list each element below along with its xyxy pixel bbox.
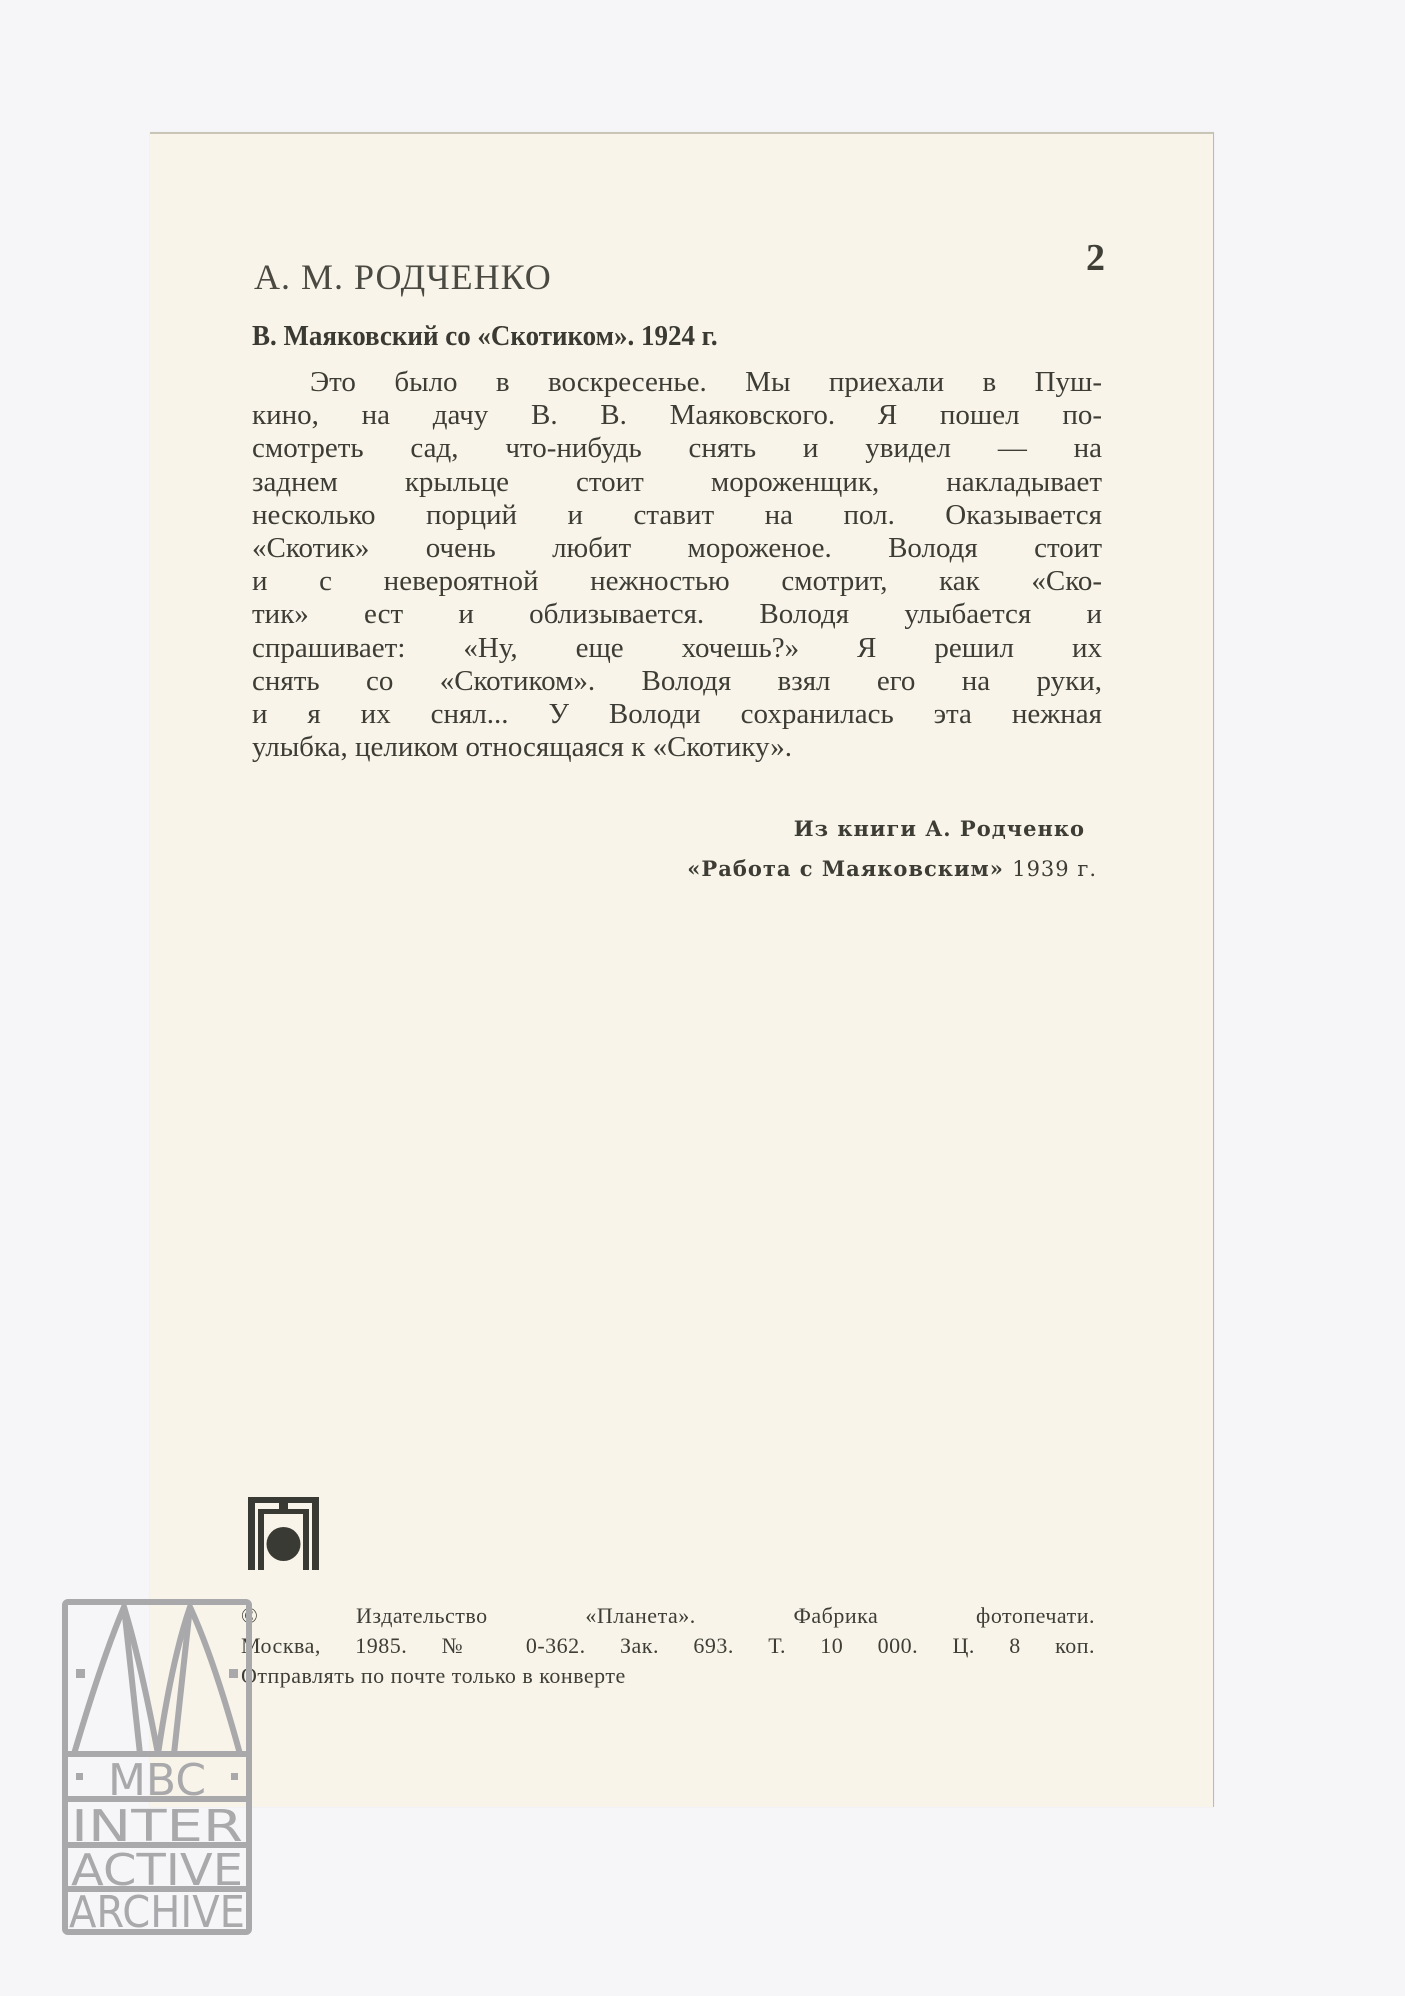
body-line: несколько порций и ставит на пол. Оказыв…: [252, 499, 1102, 532]
body-line: снять со «Скотиком». Володя взял его на …: [252, 665, 1102, 698]
body-line: «Скотик» очень любит мороженое. Володя с…: [252, 532, 1102, 565]
mbc-archive-watermark-icon: MBC INTER ACTIVE ARCHIVE: [62, 1599, 252, 1935]
planeta-logo-icon: [245, 1495, 322, 1572]
body-line: кино, на дачу В. В. Маяковского. Я пошел…: [252, 399, 1102, 432]
body-line: заднем крыльце стоит мороженщик, наклады…: [252, 466, 1102, 499]
body-line: и с невероятной нежностью смотрит, как «…: [252, 565, 1102, 598]
attribution-source: Из книги А. Родченко: [794, 816, 1085, 841]
author-name: А. М. РОДЧЕНКО: [254, 256, 552, 298]
body-line: и я их снял... У Володи сохранилась эта …: [252, 698, 1102, 731]
watermark-line: MBC: [108, 1755, 206, 1806]
postcard-back: А. М. РОДЧЕНКО 2 В. Маяковский со «Скоти…: [150, 132, 1214, 1807]
body-text: Это было в воскресенье. Мы приехали в Пу…: [252, 366, 1102, 764]
publisher-imprint: © Издательство «Планета». Фабрика фотопе…: [241, 1601, 1095, 1691]
watermark-line: ARCHIVE: [69, 1887, 245, 1935]
body-line: смотреть сад, что-нибудь снять и увидел …: [252, 432, 1102, 465]
attribution-year: 1939 г.: [1012, 857, 1097, 881]
attribution-book-title: «Работа с Маяковским»: [687, 856, 1004, 881]
photo-title: В. Маяковский со «Скотиком». 1924 г.: [252, 320, 718, 353]
body-line: Это было в воскресенье. Мы приехали в Пу…: [252, 366, 1102, 399]
body-line: спрашивает: «Ну, еще хочешь?» Я решил их: [252, 632, 1102, 665]
attribution-book: «Работа с Маяковским» 1939 г.: [687, 856, 1097, 881]
page-number: 2: [1086, 236, 1105, 280]
imprint-line: Отправлять по почте только в конверте: [241, 1661, 1095, 1691]
imprint-line: Москва, 1985. № 0-362. Зак. 693. Т. 10 0…: [241, 1631, 1095, 1661]
imprint-line: © Издательство «Планета». Фабрика фотопе…: [241, 1601, 1095, 1631]
body-line: улыбка, целиком относящаяся к «Скотику».: [252, 731, 1102, 764]
body-line: тик» ест и облизывается. Володя улыбаетс…: [252, 598, 1102, 631]
